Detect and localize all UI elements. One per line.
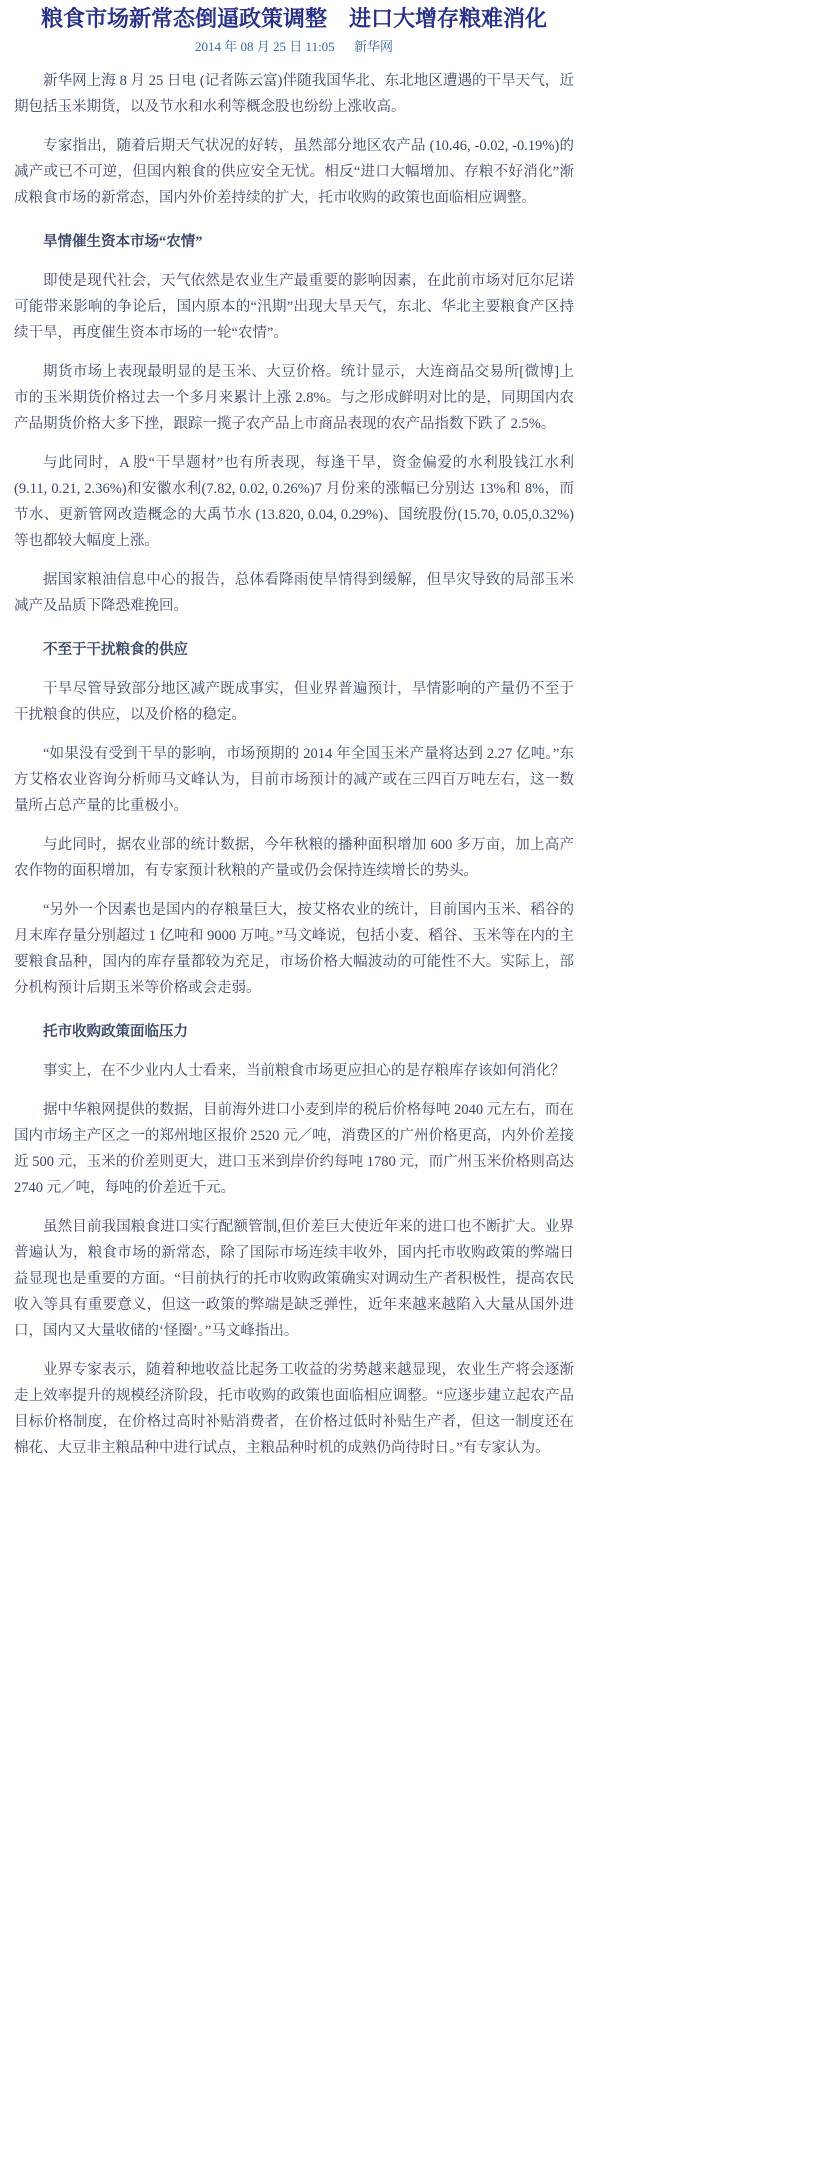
section-heading: 旱情催生资本市场“农情” [14, 229, 574, 255]
article-paragraph: 期货市场上表现最明显的是玉米、大豆价格。统计显示，大连商品交易所[微博]上市的玉… [14, 359, 574, 437]
section-heading: 不至于干扰粮食的供应 [14, 637, 574, 663]
article-body: 新华网上海 8 月 25 日电 (记者陈云富)伴随我国华北、东北地区遭遇的干旱天… [14, 68, 574, 1461]
article-paragraph: 据中华粮网提供的数据，目前海外进口小麦到岸的税后价格每吨 2040 元左右，而在… [14, 1097, 574, 1201]
publish-date: 2014 年 08 月 25 日 11:05 [195, 39, 335, 54]
article-paragraph: 即使是现代社会，天气依然是农业生产最重要的影响因素，在此前市场对厄尔尼诺可能带来… [14, 268, 574, 346]
article-paragraph: 新华网上海 8 月 25 日电 (记者陈云富)伴随我国华北、东北地区遭遇的干旱天… [14, 68, 574, 120]
article-paragraph: 专家指出，随着后期天气状况的好转，虽然部分地区农产品 (10.46, -0.02… [14, 133, 574, 211]
article-title: 粮食市场新常态倒逼政策调整 进口大增存粮难消化 [14, 6, 574, 32]
article-paragraph: 干旱尽管导致部分地区减产既成事实，但业界普遍预计，旱情影响的产量仍不至于干扰粮食… [14, 676, 574, 728]
article-paragraph: 与此同时，据农业部的统计数据，今年秋粮的播种面积增加 600 多万亩，加上高产农… [14, 832, 574, 884]
article-paragraph: 与此同时，A 股“干旱题材”也有所表现，每逢干旱，资金偏爱的水利股钱江水利(9.… [14, 450, 574, 554]
section-heading: 托市收购政策面临压力 [14, 1019, 574, 1045]
article-paragraph: 业界专家表示，随着种地收益比起务工收益的劣势越来越显现，农业生产将会逐渐走上效率… [14, 1357, 574, 1461]
source-name: 新华网 [354, 39, 393, 54]
article-paragraph: 事实上，在不少业内人士看来，当前粮食市场更应担心的是存粮库存该如何消化？ [14, 1058, 574, 1084]
article-paragraph: 据国家粮油信息中心的报告，总体看降雨使旱情得到缓解，但旱灾导致的局部玉米减产及品… [14, 567, 574, 619]
dateline: 2014 年 08 月 25 日 11:05 新华网 [14, 39, 574, 55]
article-paragraph: “另外一个因素也是国内的存粮量巨大，按艾格农业的统计，目前国内玉米、稻谷的月末库… [14, 897, 574, 1001]
article-paragraph: 虽然目前我国粮食进口实行配额管制,但价差巨大使近年来的进口也不断扩大。业界普遍认… [14, 1214, 574, 1344]
article-paragraph: “如果没有受到干旱的影响，市场预期的 2014 年全国玉米产量将达到 2.27 … [14, 741, 574, 819]
article-page: 粮食市场新常态倒逼政策调整 进口大增存粮难消化 2014 年 08 月 25 日… [14, 0, 574, 1461]
